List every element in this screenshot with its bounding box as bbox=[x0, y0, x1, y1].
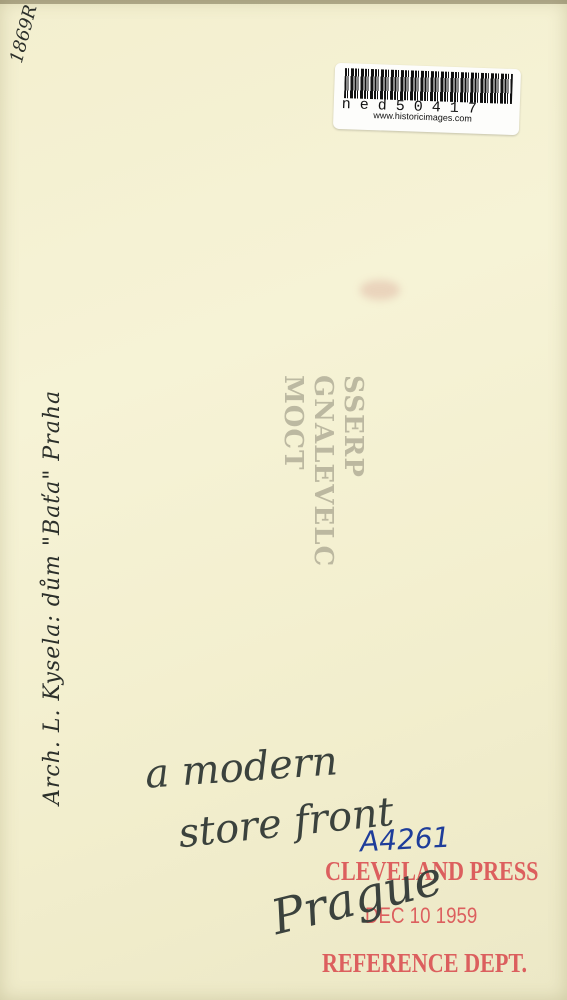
red-smudge bbox=[360, 280, 400, 300]
pencil-note-line1: a modern bbox=[144, 738, 339, 797]
corner-archive-note: 1869R bbox=[6, 3, 42, 66]
barcode-url: www.historicimages.com bbox=[373, 110, 472, 123]
faint-mirrored-stamp: SSERP GNALEVELC MOCT bbox=[308, 375, 368, 615]
stamp-reference-dept: REFERENCE DEPT. bbox=[322, 948, 527, 979]
vertical-caption: Arch. L. Kysela: dům "Baťa" Praha bbox=[40, 390, 65, 805]
photo-back: 1869R ned50417 www.historicimages.com SS… bbox=[0, 0, 567, 1000]
barcode-label: ned50417 www.historicimages.com bbox=[333, 63, 521, 135]
blue-ink-number: A4261 bbox=[359, 821, 451, 859]
top-edge-shadow bbox=[0, 0, 567, 4]
